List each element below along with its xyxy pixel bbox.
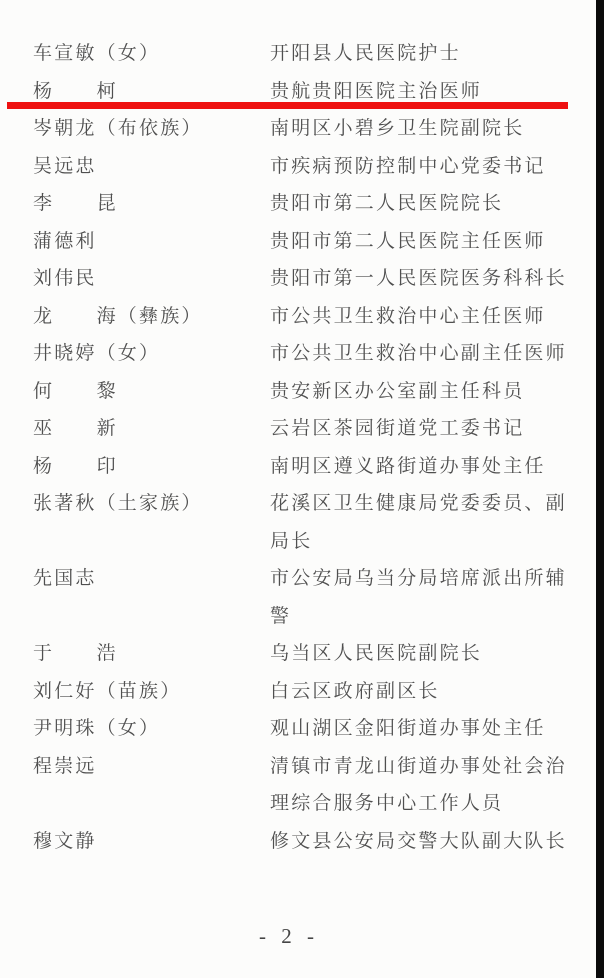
person-name: 刘伟民 xyxy=(33,260,270,298)
person-position: 市公共卫生救治中心主任医师 xyxy=(270,298,592,336)
person-position: 市疾病预防控制中心党委书记 xyxy=(270,148,592,186)
person-name: 于 浩 xyxy=(33,635,270,673)
person-position: 市公安局乌当分局培席派出所辅 警 xyxy=(270,560,592,635)
list-item: 先国志 市公安局乌当分局培席派出所辅 警 xyxy=(33,560,593,635)
person-position: 南明区遵义路街道办事处主任 xyxy=(270,448,592,486)
list-item: 岑朝龙（布依族） 南明区小碧乡卫生院副院长 xyxy=(33,110,593,148)
person-position: 白云区政府副区长 xyxy=(270,673,592,711)
person-name: 井晓婷（女） xyxy=(33,335,270,373)
person-position: 云岩区茶园街道党工委书记 xyxy=(270,410,592,448)
person-position: 修文县公安局交警大队副大队长 xyxy=(270,823,592,861)
person-name: 蒲德利 xyxy=(33,223,270,261)
person-position: 乌当区人民医院副院长 xyxy=(270,635,592,673)
person-name: 何 黎 xyxy=(33,373,270,411)
scan-edge-artifact xyxy=(596,0,604,978)
person-name: 岑朝龙（布依族） xyxy=(33,110,270,148)
person-position: 开阳县人民医院护士 xyxy=(270,35,592,73)
person-name: 刘仁好（苗族） xyxy=(33,673,270,711)
person-name: 尹明珠（女） xyxy=(33,710,270,748)
person-position: 市公共卫生救治中心副主任医师 xyxy=(270,335,592,373)
person-name: 程崇远 xyxy=(33,748,270,786)
person-name: 龙 海（彝族） xyxy=(33,298,270,336)
person-position: 贵阳市第二人民医院主任医师 xyxy=(270,223,592,261)
people-list: 车宣敏（女） 开阳县人民医院护士 杨 柯 贵航贵阳医院主治医师 岑朝龙（布依族）… xyxy=(33,35,593,860)
person-position: 清镇市青龙山街道办事处社会治 理综合服务中心工作人员 xyxy=(270,748,592,823)
highlight-underline xyxy=(7,102,568,109)
person-name: 先国志 xyxy=(33,560,270,598)
person-position: 贵阳市第二人民医院院长 xyxy=(270,185,592,223)
list-item: 井晓婷（女） 市公共卫生救治中心副主任医师 xyxy=(33,335,593,373)
person-name: 吴远忠 xyxy=(33,148,270,186)
document-page: 车宣敏（女） 开阳县人民医院护士 杨 柯 贵航贵阳医院主治医师 岑朝龙（布依族）… xyxy=(0,0,604,978)
person-position: 花溪区卫生健康局党委委员、副 局长 xyxy=(270,485,592,560)
list-item: 杨 印 南明区遵义路街道办事处主任 xyxy=(33,448,593,486)
list-item: 龙 海（彝族） 市公共卫生救治中心主任医师 xyxy=(33,298,593,336)
person-position: 观山湖区金阳街道办事处主任 xyxy=(270,710,592,748)
list-item: 尹明珠（女） 观山湖区金阳街道办事处主任 xyxy=(33,710,593,748)
list-item: 穆文静 修文县公安局交警大队副大队长 xyxy=(33,823,593,861)
person-position: 南明区小碧乡卫生院副院长 xyxy=(270,110,592,148)
person-name: 巫 新 xyxy=(33,410,270,448)
list-item: 张著秋（土家族） 花溪区卫生健康局党委委员、副 局长 xyxy=(33,485,593,560)
list-item: 巫 新 云岩区茶园街道党工委书记 xyxy=(33,410,593,448)
person-name: 杨 印 xyxy=(33,448,270,486)
list-item: 刘伟民 贵阳市第一人民医院医务科科长 xyxy=(33,260,593,298)
page-number: - 2 - xyxy=(0,924,578,949)
list-item: 程崇远 清镇市青龙山街道办事处社会治 理综合服务中心工作人员 xyxy=(33,748,593,823)
list-item: 车宣敏（女） 开阳县人民医院护士 xyxy=(33,35,593,73)
person-position: 贵安新区办公室副主任科员 xyxy=(270,373,592,411)
person-name: 张著秋（土家族） xyxy=(33,485,270,523)
list-item: 蒲德利 贵阳市第二人民医院主任医师 xyxy=(33,223,593,261)
list-item: 何 黎 贵安新区办公室副主任科员 xyxy=(33,373,593,411)
person-name: 李 昆 xyxy=(33,185,270,223)
person-name: 车宣敏（女） xyxy=(33,35,270,73)
person-position: 贵阳市第一人民医院医务科科长 xyxy=(270,260,592,298)
person-name: 穆文静 xyxy=(33,823,270,861)
list-item: 李 昆 贵阳市第二人民医院院长 xyxy=(33,185,593,223)
list-item: 吴远忠 市疾病预防控制中心党委书记 xyxy=(33,148,593,186)
list-item: 于 浩 乌当区人民医院副院长 xyxy=(33,635,593,673)
list-item: 刘仁好（苗族） 白云区政府副区长 xyxy=(33,673,593,711)
